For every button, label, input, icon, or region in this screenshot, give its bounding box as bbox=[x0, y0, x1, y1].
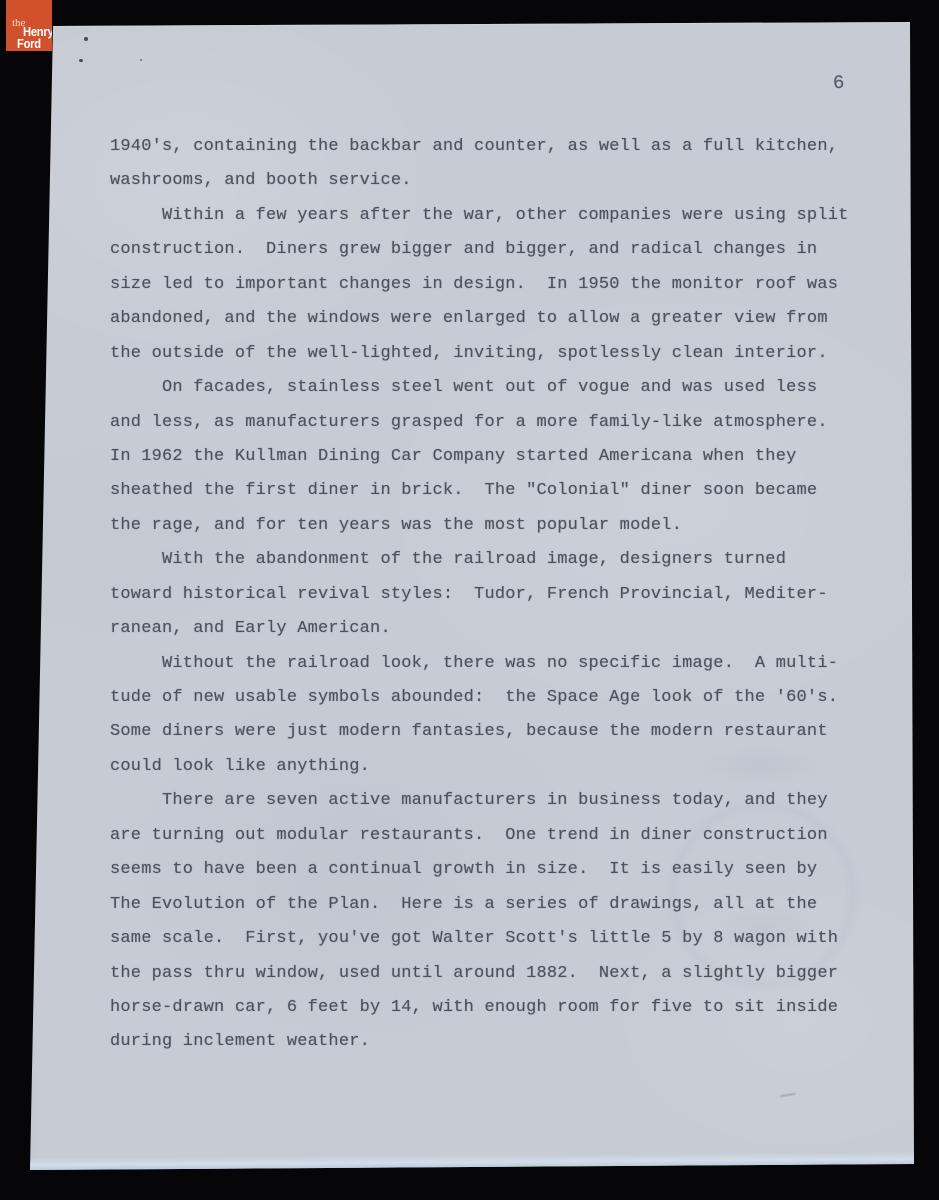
text-line: washrooms, and booth service. bbox=[110, 164, 849, 198]
text-line: size led to important changes in design.… bbox=[110, 268, 849, 302]
text-line: the outside of the well-lighted, invitin… bbox=[110, 337, 849, 371]
text-line: With the abandonment of the railroad ima… bbox=[110, 543, 849, 577]
logo-ford-text: Ford bbox=[17, 36, 41, 51]
ink-speck bbox=[84, 37, 88, 41]
ink-speck bbox=[140, 59, 142, 61]
text-line: the rage, and for ten years was the most… bbox=[110, 509, 849, 543]
paper-edge-top bbox=[48, 17, 914, 27]
paper: 6 1940's, containing the backbar and cou… bbox=[0, 0, 939, 1200]
text-line: construction. Diners grew bigger and big… bbox=[110, 233, 849, 267]
pencil-mark bbox=[780, 1093, 796, 1098]
text-line: seems to have been a continual growth in… bbox=[110, 853, 849, 887]
text-line: ranean, and Early American. bbox=[110, 612, 849, 646]
henry-ford-logo: the Henry Ford bbox=[6, 0, 52, 51]
typewritten-lines: 1940's, containing the backbar and count… bbox=[110, 130, 849, 1060]
text-line: On facades, stainless steel went out of … bbox=[110, 371, 849, 405]
text-line: Some diners were just modern fantasies, … bbox=[110, 715, 849, 749]
text-line: during inclement weather. bbox=[110, 1025, 849, 1059]
ink-speck bbox=[49, 62, 52, 65]
text-line: In 1962 the Kullman Dining Car Company s… bbox=[110, 440, 849, 474]
text-line: and less, as manufacturers grasped for a… bbox=[110, 406, 849, 440]
text-line: are turning out modular restaurants. One… bbox=[110, 819, 849, 853]
text-line: sheathed the first diner in brick. The "… bbox=[110, 474, 849, 508]
text-line: 1940's, containing the backbar and count… bbox=[110, 130, 849, 164]
text-line: abandoned, and the windows were enlarged… bbox=[110, 302, 849, 336]
ink-speck bbox=[45, 79, 50, 84]
text-line: The Evolution of the Plan. Here is a ser… bbox=[110, 888, 849, 922]
text-line: same scale. First, you've got Walter Sco… bbox=[110, 922, 849, 956]
ink-speck bbox=[79, 59, 83, 62]
page-number: 6 bbox=[832, 72, 845, 95]
text-line: Without the railroad look, there was no … bbox=[110, 647, 849, 681]
text-line: Within a few years after the war, other … bbox=[110, 199, 849, 233]
scan-background: 6 1940's, containing the backbar and cou… bbox=[0, 0, 939, 1200]
text-line: There are seven active manufacturers in … bbox=[110, 784, 849, 818]
text-line: horse-drawn car, 6 feet by 14, with enou… bbox=[110, 991, 849, 1025]
text-line: toward historical revival styles: Tudor,… bbox=[110, 578, 849, 612]
paper-edge-bottom bbox=[26, 1152, 918, 1171]
text-line: tude of new usable symbols abounded: the… bbox=[110, 681, 849, 715]
text-line: the pass thru window, used until around … bbox=[110, 957, 849, 991]
text-line: could look like anything. bbox=[110, 750, 849, 784]
